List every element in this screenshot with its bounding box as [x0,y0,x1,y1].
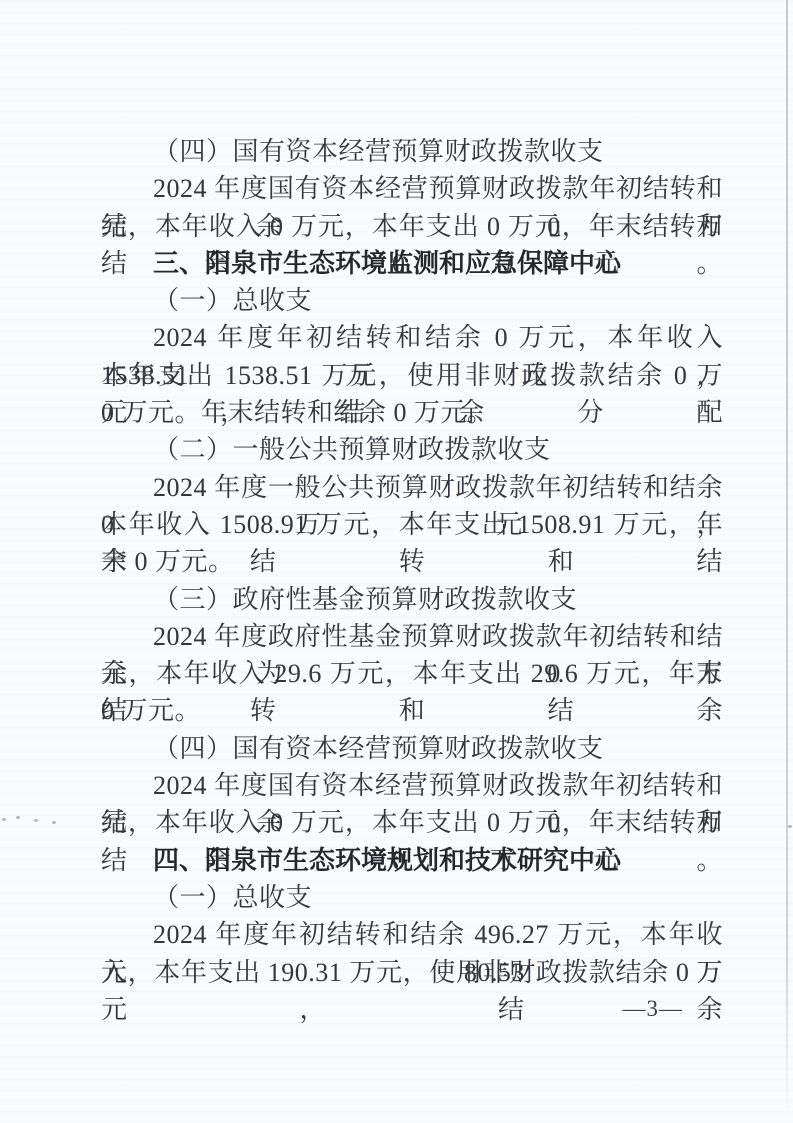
subsection-heading-line: （三）政府性基金预算财政拨款收支 [101,581,723,618]
scan-noise-dot [34,819,38,822]
body-text-line: 本年支出 1538.51 万元，使用非财政拨款结余 0 万元，结余分配 [101,357,723,394]
subsection-heading-line: （四）国有资本经营预算财政拨款收支 [101,730,723,767]
scan-edge-artifact [786,0,788,1116]
subsection-heading-line: （一）总收支 [101,879,723,916]
subsection-heading-line: （一）总收支 [101,282,723,319]
body-text-line: 本年收入 1508.91 万元，本年支出 1508.91 万元，年末结转和结 [101,506,723,543]
scan-noise-dot [52,821,56,824]
body-text-line: 元，本年支出 190.31 万元，使用非财政拨款结余 0 万元，结余 [101,954,723,991]
scan-noise-dot [2,818,6,821]
scanned-document-page: （四）国有资本经营预算财政拨款收支 2024 年度国有资本经营预算财政拨款年初结… [0,0,793,1123]
body-text-line: 元，本年收入 0 万元，本年支出 0 万元，年末结转和结余 0 万元。 [101,804,723,841]
body-text-line: 元，本年收入 29.6 万元，本年支出 29.6 万元，年末结转和结余 [101,655,723,692]
body-text-line: 2024 年度政府性基金预算财政拨款年初结转和结余为 0 万 [101,618,723,655]
body-text-line: 2024 年度一般公共预算财政拨款年初结转和结余 0 万元， [101,469,723,506]
scan-noise-dot [16,816,20,819]
document-body: （四）国有资本经营预算财政拨款收支 2024 年度国有资本经营预算财政拨款年初结… [101,133,723,991]
subsection-heading-line: （二）一般公共预算财政拨款收支 [101,431,723,468]
body-text-line: 2024 年度年初结转和结余 0 万元，本年收入 1538.51 万元， [101,319,723,356]
page-number: —3— [623,996,684,1022]
body-text-line: 2024 年度国有资本经营预算财政拨款年初结转和结余 0 万 [101,170,723,207]
body-text-line: 2024 年度年初结转和结余 496.27 万元，本年收入 80.53 万 [101,916,723,953]
body-text-line: 元，本年收入 0 万元，本年支出 0 万元，年末结转和结余 0 万元。 [101,208,723,245]
subsection-heading-line: （四）国有资本经营预算财政拨款收支 [101,133,723,170]
body-text-line: 2024 年度国有资本经营预算财政拨款年初结转和结余 0 万 [101,767,723,804]
scan-noise-dot [788,825,792,828]
